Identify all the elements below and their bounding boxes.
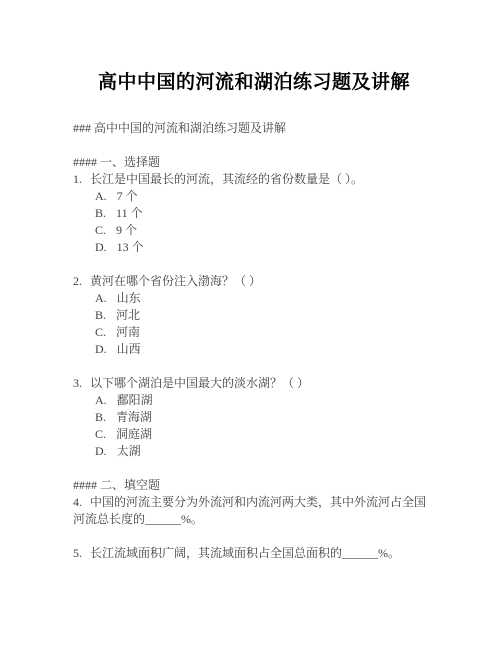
option-text: 鄱阳湖: [117, 393, 153, 407]
markdown-h3-heading: ### 高中中国的河流和湖泊练习题及讲解: [73, 120, 435, 137]
option-label: B.: [95, 205, 106, 222]
option-line: B.11 个: [73, 205, 435, 222]
option-line: A.鄱阳湖: [73, 392, 435, 409]
option-text: 山西: [117, 342, 141, 356]
option-text: 11 个: [116, 206, 143, 220]
section-choice-q1-block: #### 一、选择题 1.长江是中国最长的河流，其流经的省份数量是（ ）。 A.…: [73, 154, 435, 256]
option-line: B.青海湖: [73, 409, 435, 426]
question-text: 以下哪个湖泊是中国最大的淡水湖？（ ）: [90, 376, 309, 390]
option-line: C.洞庭湖: [73, 426, 435, 443]
section-heading-choice: #### 一、选择题: [73, 154, 435, 171]
option-text: 山东: [117, 291, 141, 305]
option-line: A.7 个: [73, 188, 435, 205]
question-number: 5.: [73, 546, 82, 560]
option-text: 9 个: [116, 223, 137, 237]
option-text: 河北: [116, 308, 140, 322]
option-label: C.: [95, 426, 106, 443]
question-2-block: 2.黄河在哪个省份注入渤海？（ ） A.山东 B.河北 C.河南 D.山西: [73, 273, 435, 358]
option-text: 河南: [116, 325, 140, 339]
option-text: 7 个: [117, 189, 138, 203]
question-number: 3.: [73, 375, 82, 392]
option-label: A.: [95, 290, 107, 307]
option-line: D.山西: [73, 341, 435, 358]
question-number: 2.: [73, 273, 82, 290]
question-line: 4.中国的河流主要分为外流河和内流河两大类，其中外流河占全国河流总长度的____…: [73, 494, 435, 528]
page-title: 高中中国的河流和湖泊练习题及讲解: [73, 70, 435, 96]
question-text: 黄河在哪个省份注入渤海？（ ）: [90, 274, 261, 288]
question-line: 5.长江流域面积广阔，其流域面积占全国总面积的______%。: [73, 545, 435, 562]
question-line: 2.黄河在哪个省份注入渤海？（ ）: [73, 273, 435, 290]
question-3-block: 3.以下哪个湖泊是中国最大的淡水湖？（ ） A.鄱阳湖 B.青海湖 C.洞庭湖 …: [73, 375, 435, 460]
option-label: A.: [95, 188, 107, 205]
option-text: 太湖: [117, 444, 141, 458]
option-label: B.: [95, 307, 106, 324]
question-text: 中国的河流主要分为外流河和内流河两大类，其中外流河占全国河流总长度的______…: [73, 495, 426, 526]
question-text: 长江流域面积广阔，其流域面积占全国总面积的______%。: [90, 546, 400, 560]
question-line: 3.以下哪个湖泊是中国最大的淡水湖？（ ）: [73, 375, 435, 392]
question-5-block: 5.长江流域面积广阔，其流域面积占全国总面积的______%。: [73, 545, 435, 562]
option-line: A.山东: [73, 290, 435, 307]
option-line: C.河南: [73, 324, 435, 341]
option-line: D.13 个: [73, 239, 435, 256]
question-line: 1.长江是中国最长的河流，其流经的省份数量是（ ）。: [73, 171, 435, 188]
section-heading-fill: #### 二、填空题: [73, 477, 435, 494]
document-page: 高中中国的河流和湖泊练习题及讲解 ### 高中中国的河流和湖泊练习题及讲解 ##…: [0, 0, 502, 649]
question-number: 1.: [73, 171, 82, 188]
option-line: C.9 个: [73, 222, 435, 239]
question-text: 长江是中国最长的河流，其流经的省份数量是（ ）。: [90, 172, 363, 186]
option-label: C.: [95, 222, 106, 239]
option-label: D.: [95, 443, 107, 460]
option-line: B.河北: [73, 307, 435, 324]
option-label: A.: [95, 392, 107, 409]
option-label: D.: [95, 341, 107, 358]
section-fill-q4-block: #### 二、填空题 4.中国的河流主要分为外流河和内流河两大类，其中外流河占全…: [73, 477, 435, 528]
option-line: D.太湖: [73, 443, 435, 460]
option-label: D.: [95, 239, 107, 256]
option-label: B.: [95, 409, 106, 426]
question-number: 4.: [73, 495, 82, 509]
option-text: 青海湖: [116, 410, 152, 424]
option-text: 洞庭湖: [116, 427, 152, 441]
option-label: C.: [95, 324, 106, 341]
option-text: 13 个: [117, 240, 144, 254]
